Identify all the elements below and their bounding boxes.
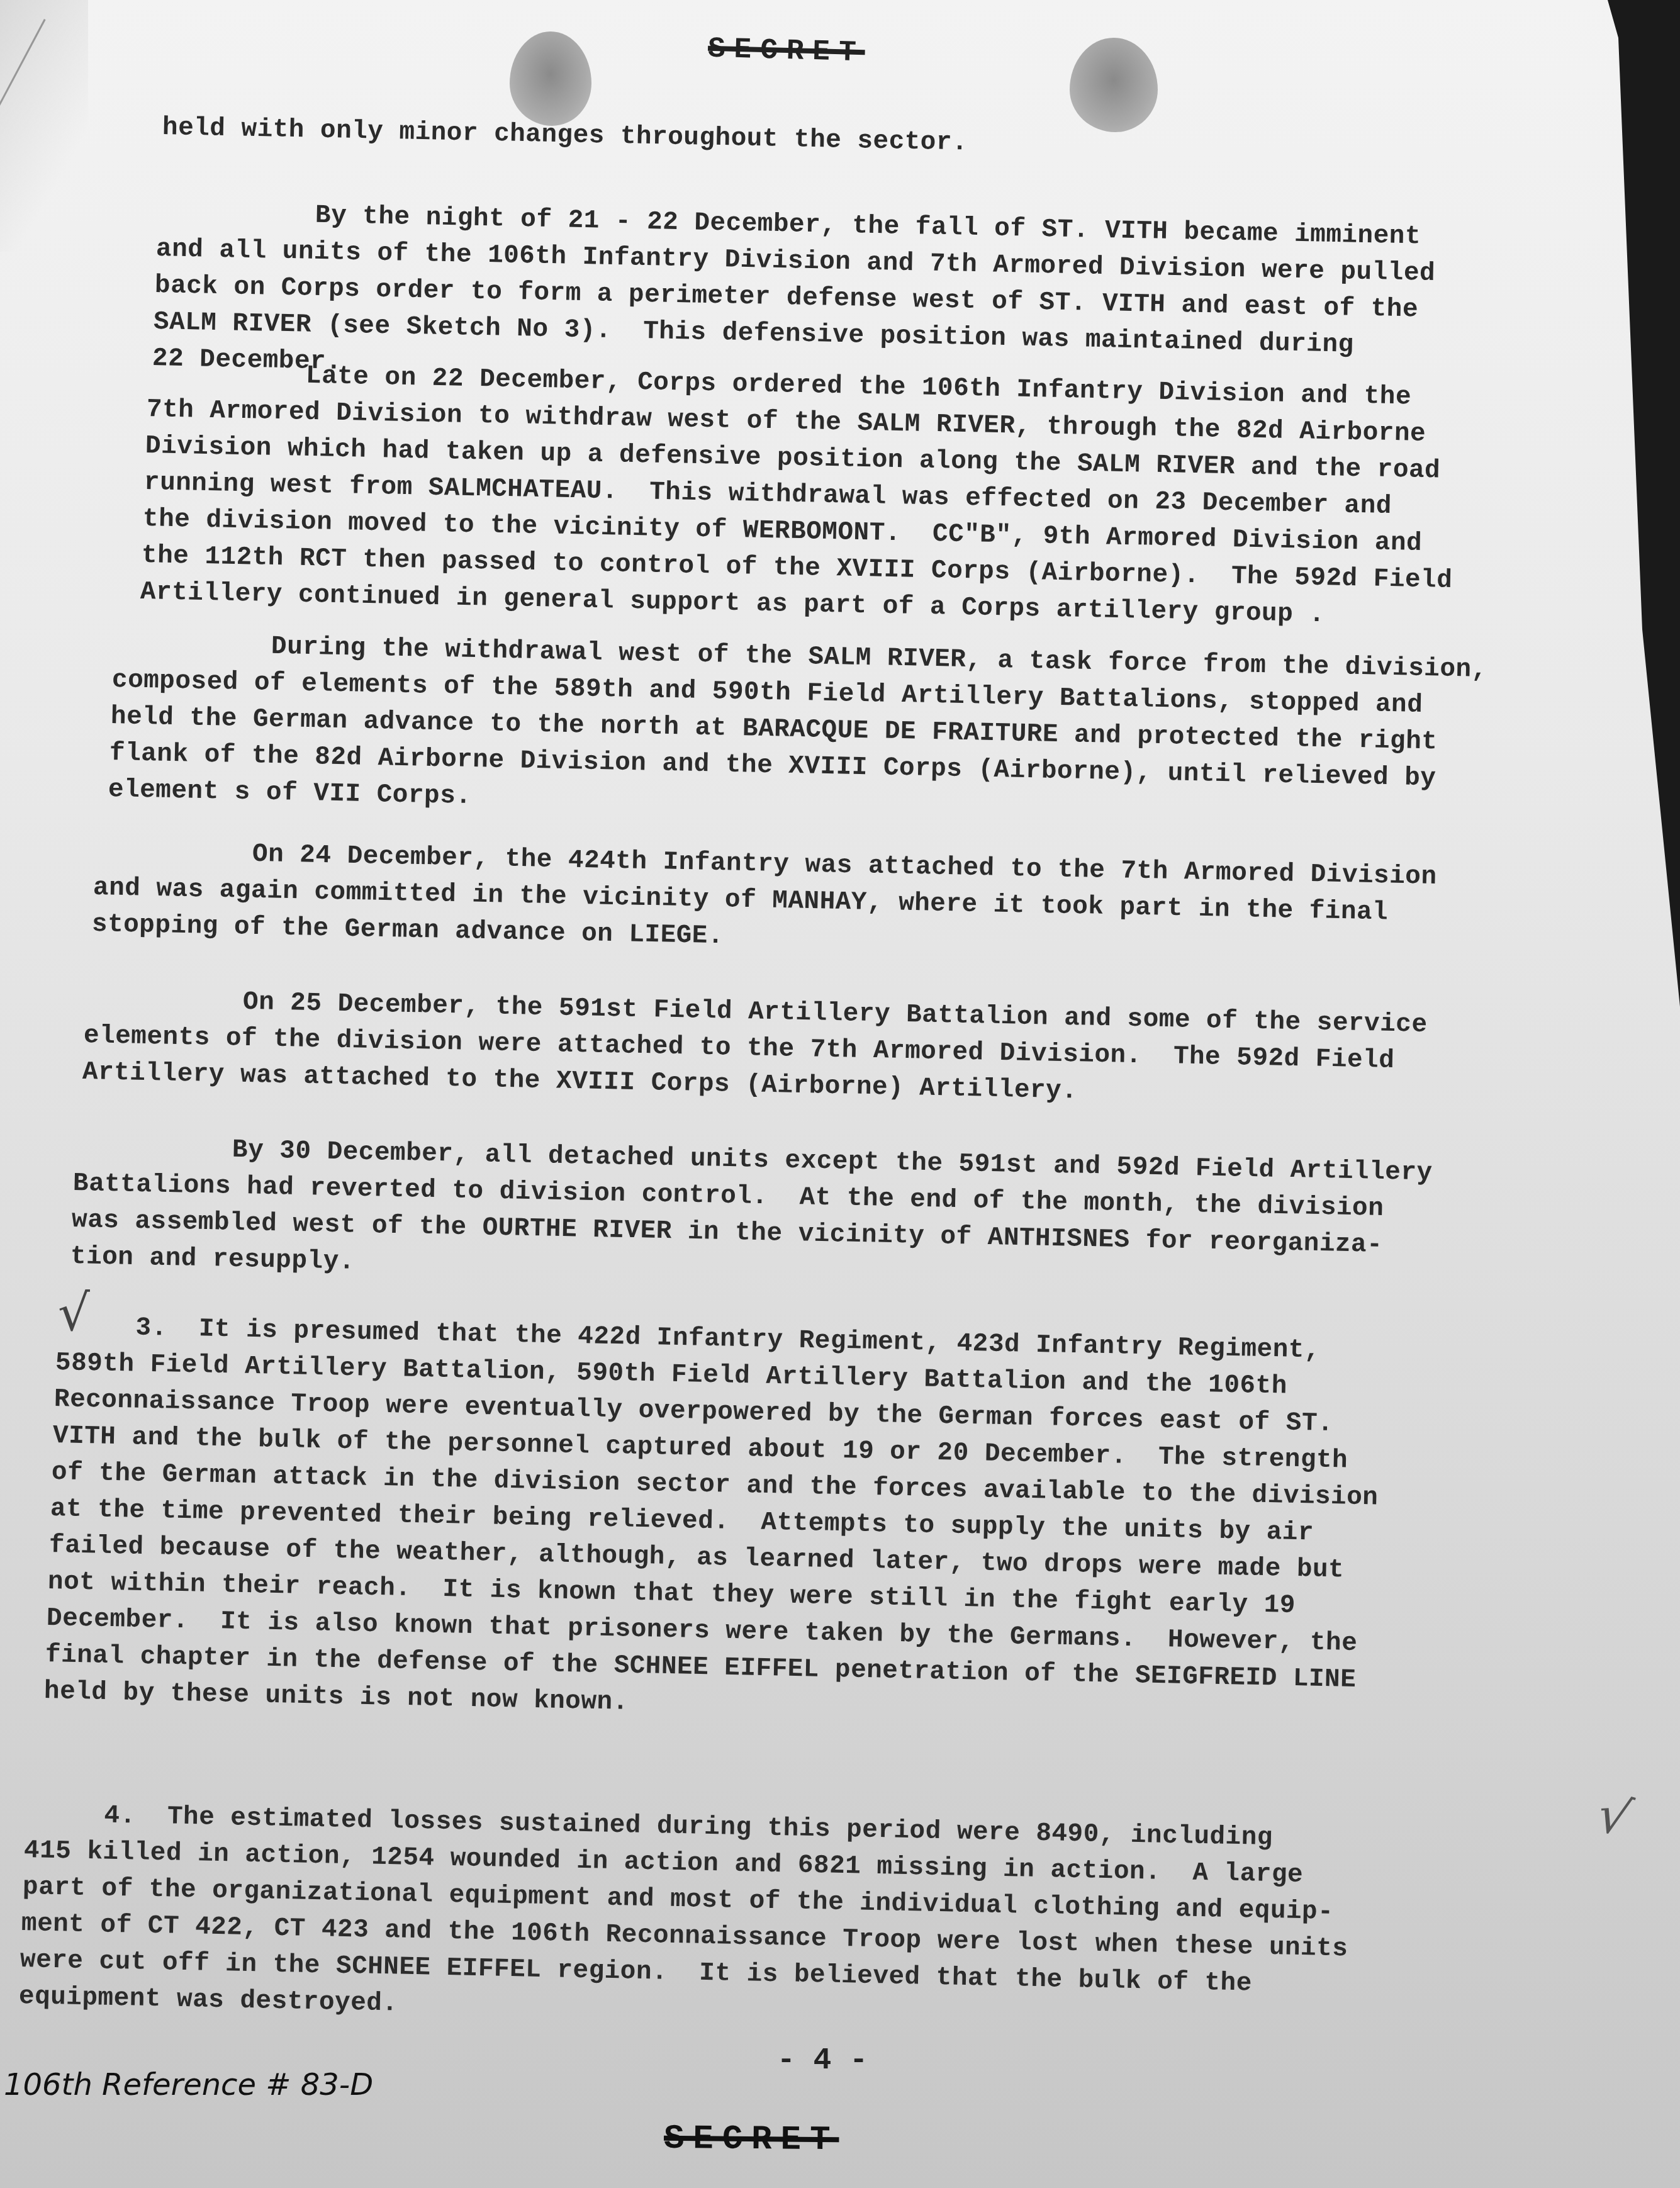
document-line: held by these units is not now known. [44, 1677, 629, 1717]
document-line: tion and resupply. [70, 1242, 356, 1277]
checkmark-icon: √ [58, 1284, 90, 1342]
punch-hole-left [510, 31, 591, 126]
document-line: equipment was destroyed. [19, 1982, 398, 2019]
classification-stamp-bottom: SECRET [664, 2120, 839, 2160]
document-page: SECRET held with only minor changes thro… [0, 0, 1680, 2188]
page-fold-shadow [0, 0, 88, 252]
page-number: - 4 - [777, 2044, 868, 2078]
punch-hole-right [1070, 38, 1158, 132]
classification-stamp-top: SECRET [707, 33, 865, 70]
document-line: element s of VII Corps. [108, 775, 472, 811]
reference-label: 106th Reference # 83-D [4, 2067, 373, 2102]
document-line: stopping of the German advance on LIEGE. [92, 910, 724, 951]
checkmark-icon: √ [1591, 1784, 1637, 1849]
